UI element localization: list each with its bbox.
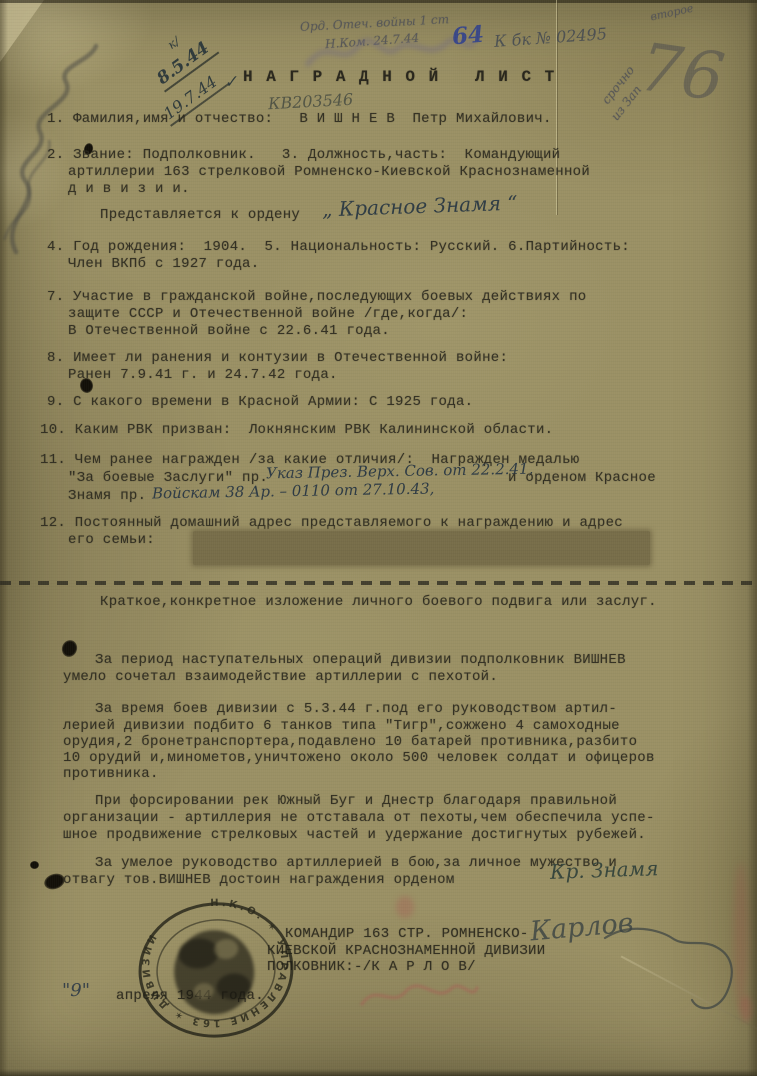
field-4-6-line1: 4. Год рождения: 1904. 5. Национальность… <box>47 239 630 256</box>
unit-stamp: Н.К.О. ✶ УПРАВЛЕНИЕ 163 ✶ ДИВИЗИИ <box>109 878 323 1063</box>
scan-edge-top <box>0 0 757 3</box>
field-8-line1: 8. Имеет ли ранения и контузии в Отечест… <box>47 350 508 367</box>
field-2-rank-line2: артиллерии 163 стрелковой Ромненско-Киев… <box>68 164 590 181</box>
citation-p2-line3: орудия,2 бронетранспортера,подавлено 10 … <box>63 734 637 751</box>
punch-hole <box>30 861 39 869</box>
field-10: 10. Каким РВК призван: Локнянским РВК Ка… <box>40 422 553 439</box>
signature-flourish <box>520 908 755 1023</box>
citation-heading: Краткое,конкретное изложение личного бое… <box>100 594 657 611</box>
citation-p4-line1: За умелое руководство артиллерией в бою,… <box>95 855 617 872</box>
scan-edge-bottom <box>0 1069 757 1076</box>
field-2-rank-line1: 2. Звание: Подполковник. 3. Должность,ча… <box>47 147 560 164</box>
field-12-line1: 12. Постоянный домашний адрес представля… <box>40 515 623 532</box>
field-11-line3-typed: Знамя пр. <box>68 488 146 505</box>
dashed-separator <box>0 581 757 585</box>
field-11-handwritten-2: Войскам 38 Ар. – 0110 от 27.10.43, <box>152 480 435 503</box>
citation-p2-line5: противника. <box>63 766 159 783</box>
citation-order-handwritten: Кр. Знамя <box>550 856 659 884</box>
check-mark: ✓ <box>223 71 239 92</box>
field-7-line3: В Отечественной войне с 22.6.41 года. <box>68 323 390 340</box>
registry-number: КВ203546 <box>268 90 354 113</box>
citation-p1-line2: умело сочетал взаимодействие артиллерии … <box>63 669 498 686</box>
blue-number-64: 64 <box>451 21 485 51</box>
field-8-line2: Ранен 7.9.41 г. и 24.7.42 года. <box>68 367 338 384</box>
award-sheet-document: Орд. Отеч. войны 1 ст Н.Ком. 24.7.44 64 … <box>0 0 757 1076</box>
pencil-note-vtoroe: второе <box>649 2 694 24</box>
pencil-number-76: 76 <box>635 29 729 117</box>
redacted-address-block <box>193 531 650 565</box>
red-ink-smudge <box>396 896 414 918</box>
commander-title-line1: КОМАНДИР 163 СТР. РОМНЕНСКО- <box>285 926 529 943</box>
field-11-line2-typed2: и орденом Красное <box>508 470 656 487</box>
field-9: 9. С какого времени в Красной Армии: С 1… <box>47 394 473 411</box>
presented-order-handwritten: „ Красное Знамя “ <box>322 191 518 222</box>
red-verification-scrawl <box>352 968 482 1023</box>
citation-p2-line1: За время боев дивизии с 5.3.44 г.под его… <box>95 701 617 718</box>
document-title: Н А Г Р А Д Н О Й Л И С Т <box>243 69 556 86</box>
citation-p2-line4: 10 орудий и,минометов,уничтожено около 5… <box>63 750 655 767</box>
citation-p2-line2: лерией дивизии подбито 6 танков типа "Ти… <box>63 718 620 735</box>
citation-p3-line2: организации - артиллерия не отставала от… <box>63 810 655 827</box>
citation-p3-line1: При форсировании рек Южный Буг и Днестр … <box>95 793 617 810</box>
citation-p3-line3: шное продвижение стрелковых частей и уде… <box>63 827 646 844</box>
field-2-rank-line3: д и в и з и и. <box>68 181 190 198</box>
date-mark-k: к/ <box>165 34 182 52</box>
punch-hole <box>60 638 80 659</box>
presented-for-label: Представляется к ордену <box>100 207 300 224</box>
pencil-note-kbk: К бк № 02495 <box>493 24 607 51</box>
field-11-handwritten-1: Указ През. Верх. Сов. от 22.2.41, <box>266 460 534 483</box>
field-7-line2: защите СССР и Отечественной войне /где,к… <box>68 306 468 323</box>
field-1-name: 1. Фамилия,имя и отчество: В И Ш Н Е В П… <box>47 111 552 128</box>
citation-p1-line1: За период наступательных операций дивизи… <box>95 652 626 669</box>
field-4-6-line2: Член ВКПб с 1927 года. <box>68 256 259 273</box>
field-12-line2: его семьи: <box>68 532 155 549</box>
field-7-line1: 7. Участие в гражданской войне,последующ… <box>47 289 586 306</box>
date-day-handwritten: "9" <box>62 980 90 1001</box>
